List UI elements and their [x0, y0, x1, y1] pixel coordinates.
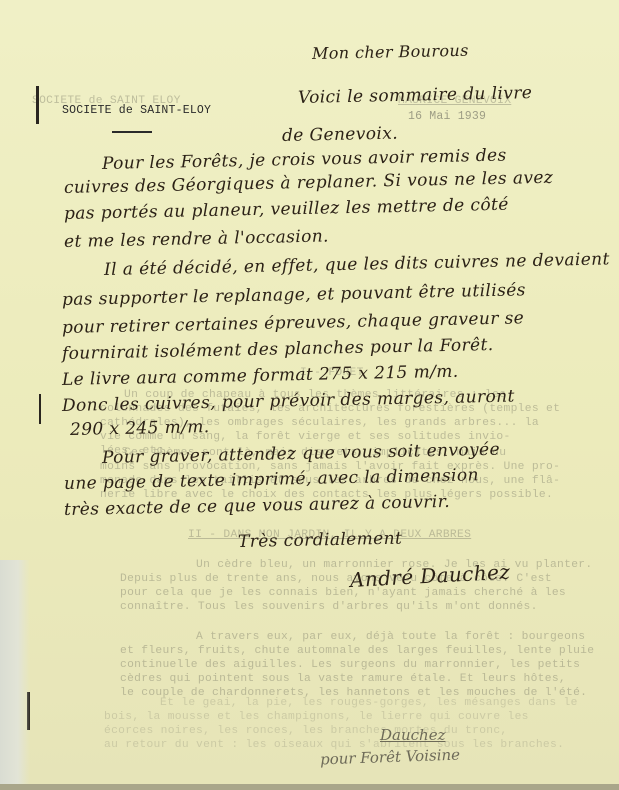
- handwritten-line: de Genevoix.: [282, 124, 398, 146]
- ghost-para4-line: A travers eux, par eux, déjà toute la fo…: [196, 630, 585, 645]
- ghost-para3-line: pour cela que je les connais bien, n'aya…: [120, 586, 566, 601]
- handwritten-line: pour retirer certaines épreuves, chaque …: [62, 308, 525, 338]
- ghost-para4-line: et fleurs, fruits, chute automnale des l…: [120, 644, 594, 659]
- closing: Très cordialement: [238, 529, 403, 552]
- handwritten-line: pas supporter le replanage, et pouvant ê…: [62, 280, 526, 310]
- handwritten-line: 290 x 245 m/m.: [70, 417, 210, 440]
- handwritten-line: pas portés au planeur, veuillez les mett…: [64, 195, 509, 224]
- salutation: Mon cher Bourous: [312, 41, 469, 63]
- ghost-para5-line: bois, la mousse et les champignons, le l…: [104, 710, 529, 725]
- handwritten-line: Il a été décidé, en effet, que les dits …: [104, 249, 610, 280]
- margin-mark: [36, 86, 39, 124]
- margin-mark: [39, 394, 41, 424]
- letterhead-date: 16 Mai 1939: [408, 110, 486, 123]
- handwritten-line: et me les rendre à l'occasion.: [64, 226, 329, 252]
- ghost-para3-line: connaître. Tous les souvenirs d'arbres q…: [120, 600, 538, 615]
- handwritten-line: Le livre aura comme format 275 x 215 m/m…: [62, 362, 459, 390]
- handwritten-line: fournirait isolément des planches pour l…: [62, 335, 494, 364]
- paper-edge: [0, 560, 30, 790]
- pencil-note-name: Dauchez: [380, 726, 445, 744]
- letterhead-rule: [112, 131, 152, 133]
- letterhead-organization: SOCIETE de SAINT-ELOY: [62, 104, 211, 117]
- ghost-para5-line: écorces noires, les ronces, les branches…: [104, 724, 508, 739]
- pencil-note-title: pour Forêt Voisine: [320, 746, 461, 769]
- ghost-para5-line: Et le geai, la pie, les rouges-gorges, l…: [160, 696, 578, 711]
- ghost-para4-line: cèdres qui pointent sous la vaste ramure…: [120, 672, 566, 687]
- paper-bottom-edge: [0, 784, 619, 790]
- ghost-para4-line: continuelle des aiguilles. Les surgeons …: [120, 658, 580, 673]
- letter-page: SOCIETE de SAINT ELOY MAURICE GENEVOIX I…: [0, 0, 619, 790]
